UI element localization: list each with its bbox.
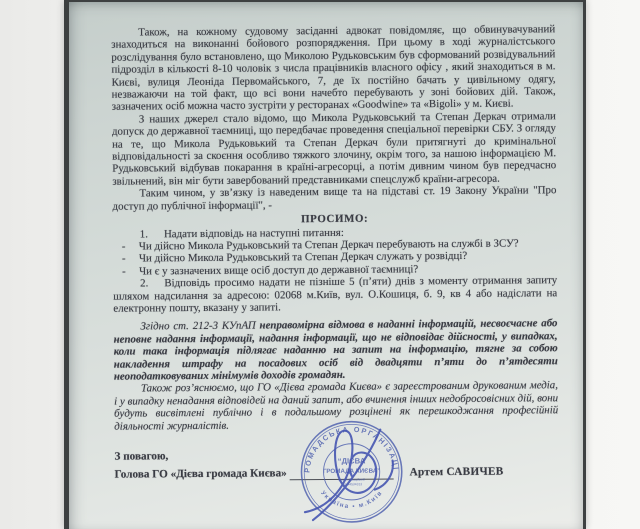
paragraph-court-statement: Також, на кожному судовому засіданні адв… (111, 23, 556, 113)
dash-marker: - (113, 253, 139, 266)
request-item-1-text: Надати відповідь на наступні питання: (164, 226, 344, 239)
signer-title: Голова ГО «Дієва громада Києва» (115, 467, 287, 480)
kupap-lead: Згідно ст. 212-3 КУпАП (140, 320, 259, 333)
request-item-1-number: 1. (140, 228, 164, 240)
screenshot-backdrop: Також, на кожному судовому засіданні адв… (0, 0, 640, 529)
paper-sheet: Також, на кожному судовому засіданні адв… (69, 2, 583, 529)
dash-marker: - (113, 265, 139, 278)
signer-name: Артем САВИЧЕВ (410, 466, 504, 479)
request-item-2-number: 2. (140, 277, 164, 289)
closing-salutation: З повагою, (114, 450, 168, 462)
letter-body: Також, на кожному судовому засіданні адв… (111, 23, 558, 446)
paragraph-legal-basis: Таким чином, у зв’язку із наведеним вище… (112, 184, 556, 212)
handwritten-signature (288, 413, 425, 526)
paragraph-sources-info: З наших джерел стало відомо, що Микола Р… (112, 110, 557, 188)
document-photo: Також, на кожному судовому засіданні адв… (64, 0, 586, 529)
request-item-2: 2.Відповідь просимо надати не пізніше 5 … (113, 274, 557, 315)
request-item-2-text: Відповідь просимо надати не пізніше 5 (п… (113, 274, 557, 314)
paragraph-kupap-warning: Згідно ст. 212-3 КУпАП неправомірна відм… (113, 318, 557, 384)
dash-marker: - (113, 240, 139, 253)
letter-content: Також, на кожному судовому засіданні адв… (69, 2, 583, 529)
